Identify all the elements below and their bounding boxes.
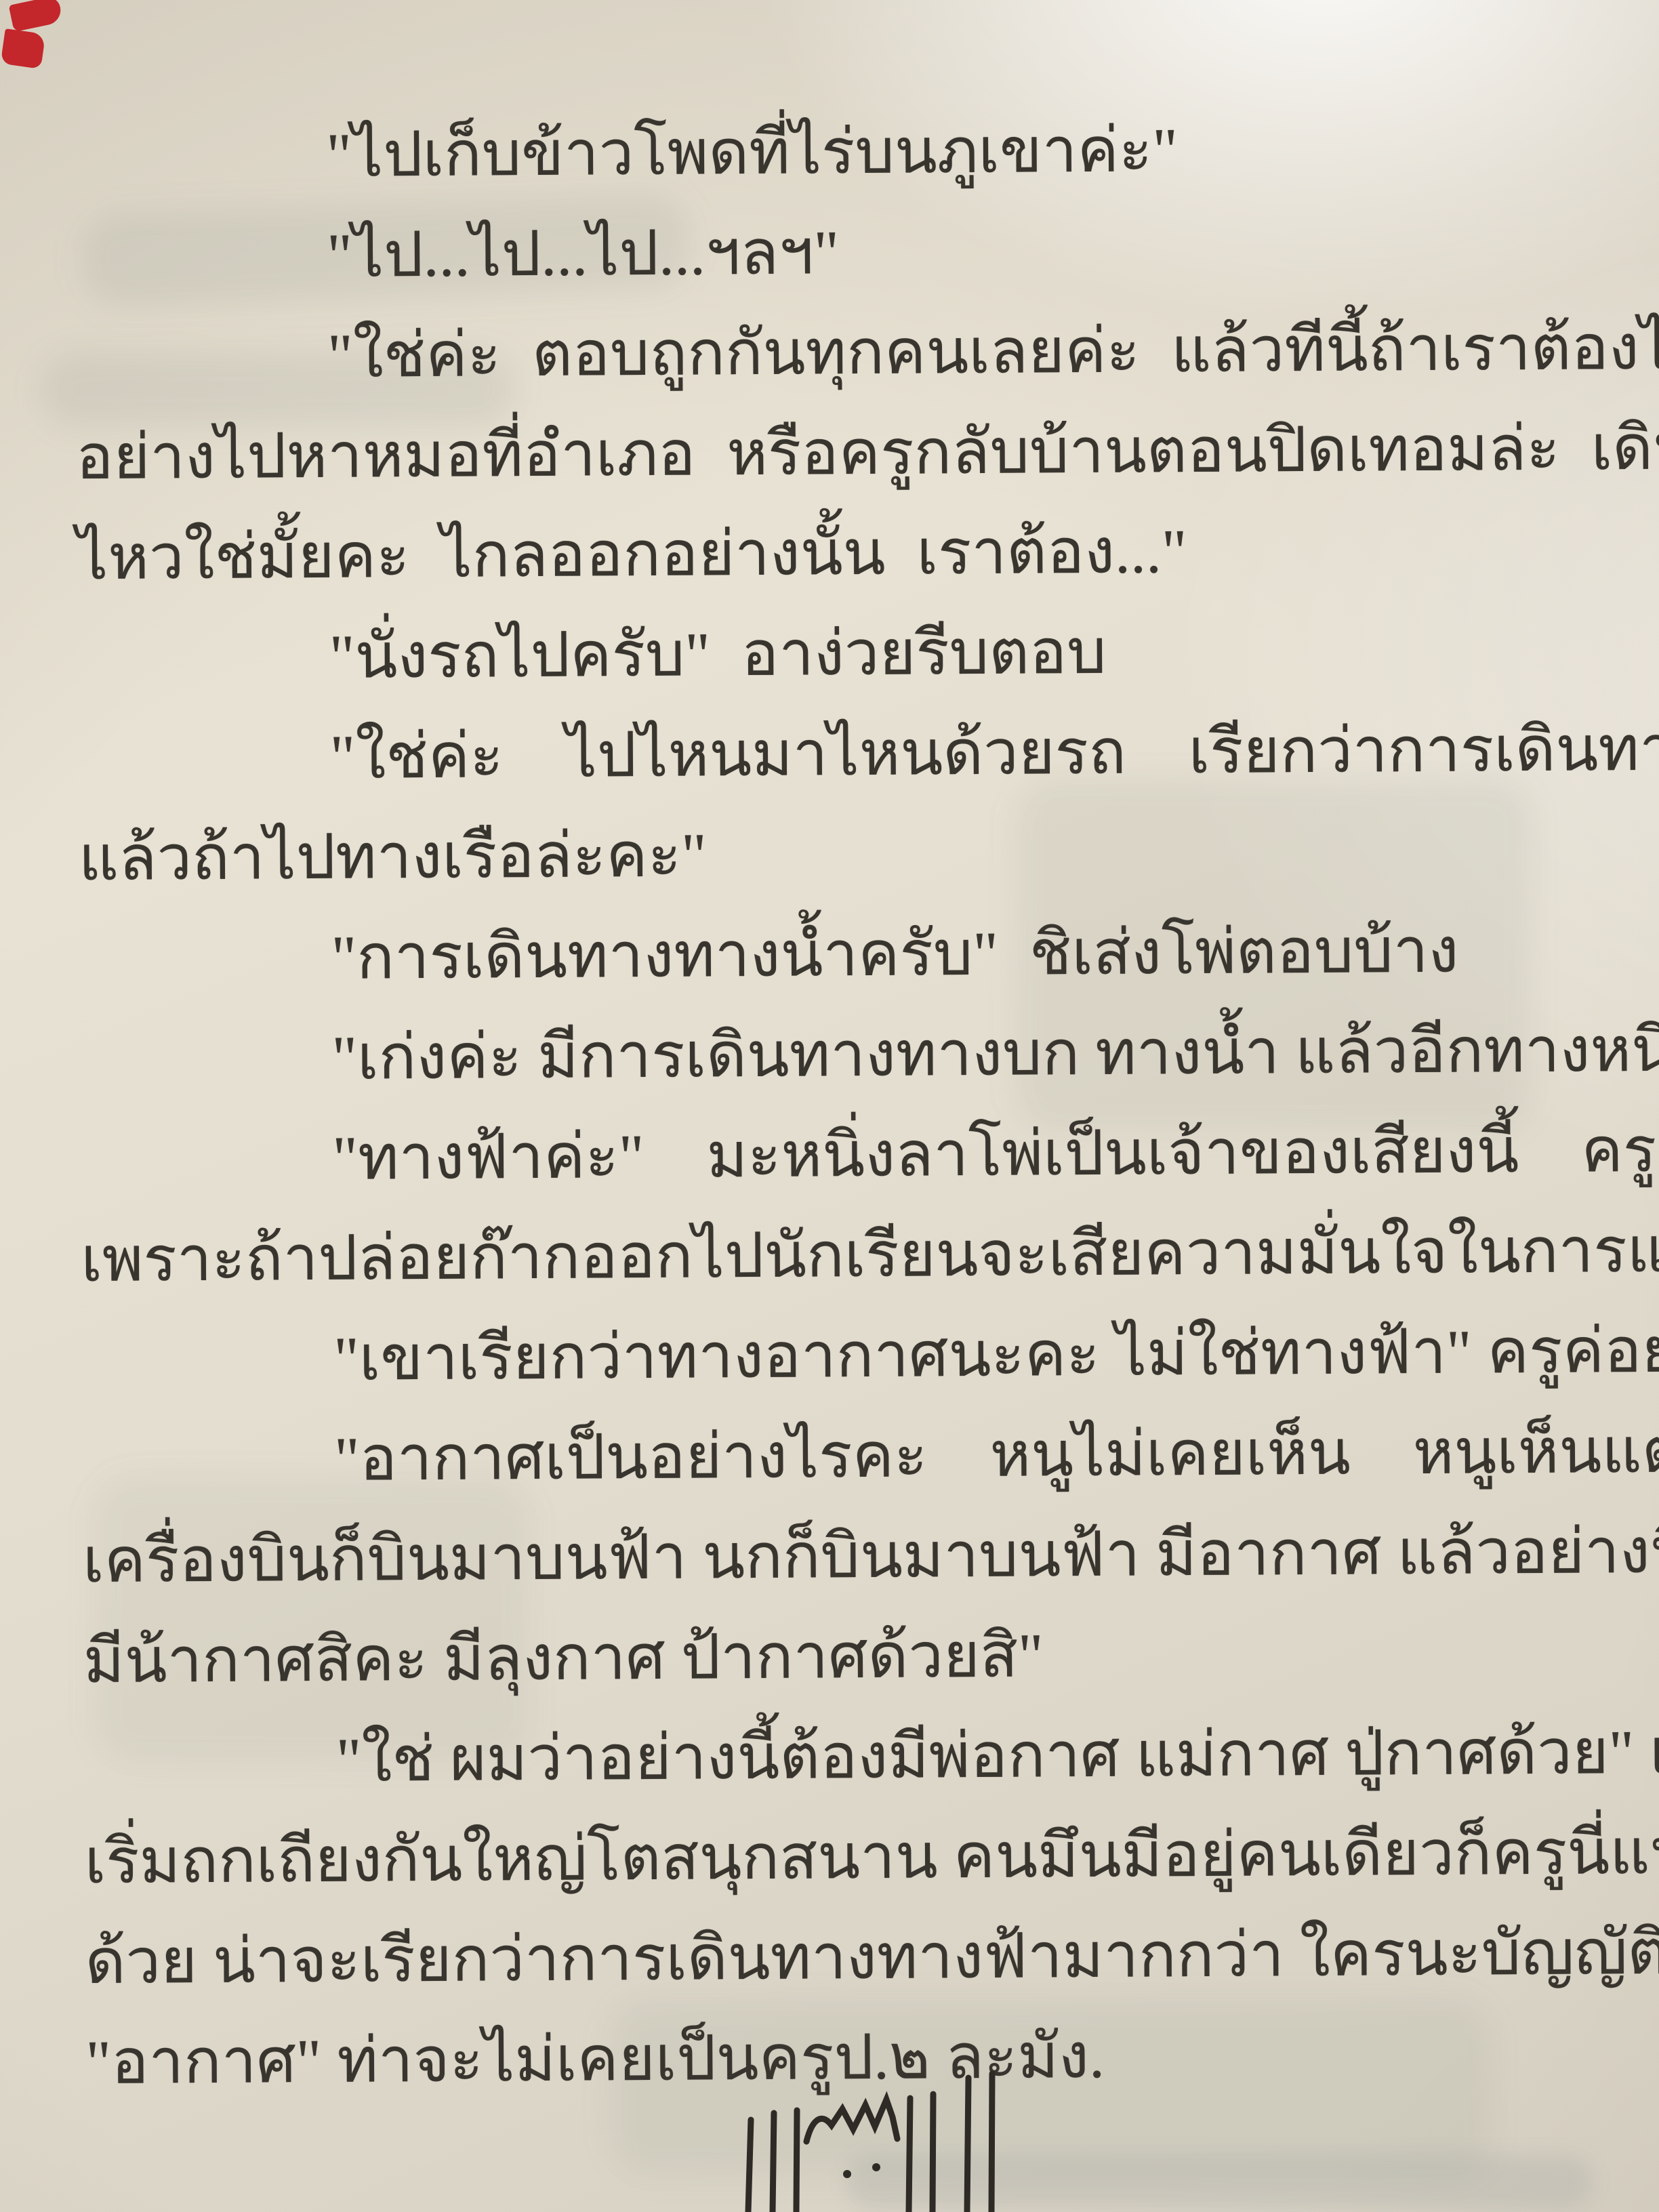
red-corner-mark bbox=[1, 28, 46, 69]
red-corner-mark bbox=[9, 0, 64, 32]
text-line: เครื่องบินก็บินมาบนฟ้า นกก็บินมาบนฟ้า มี… bbox=[83, 1501, 1659, 1611]
text-line: "เขาเรียกว่าทางอากาศนะคะ ไม่ใช่ทางฟ้า" ค… bbox=[81, 1300, 1659, 1410]
text-line: ไหวใช่มั้ยคะ ไกลออกอย่างนั้น เราต้อง..." bbox=[77, 498, 1656, 608]
text-line: "การเดินทางทางน้ำครับ" ชิเส่งโพ่ตอบบ้าง bbox=[79, 899, 1658, 1009]
text-line: "ใช่ค่ะ ไปไหนมาไหนด้วยรถ เรียกว่าการเดิน… bbox=[77, 699, 1657, 808]
page-text: "ไปเก็บข้าวโพดที่ไร่บนภูเขาค่ะ" "ไป...ไป… bbox=[74, 97, 1659, 2112]
text-line: "ทางฟ้าค่ะ" มะหนิ่งลาโพ่เป็นเจ้าของเสียง… bbox=[80, 1100, 1659, 1210]
pen-scribble-doodle bbox=[732, 2071, 1023, 2212]
text-line: เริ่มถกเถียงกันใหญ่โตสนุกสนาน คนมึนมีอยู… bbox=[84, 1802, 1659, 1912]
text-line: ด้วย น่าจะเรียกว่าการเดินทางทางฟ้ามากกว่… bbox=[85, 1902, 1659, 2012]
text-line: อย่างไปหาหมอที่อำเภอ หรือครูกลับบ้านตอนป… bbox=[76, 398, 1656, 508]
text-line: มีน้ากาศสิคะ มีลุงกาศ ป้ากาศด้วยสิ" bbox=[83, 1601, 1659, 1711]
text-line: เพราะถ้าปล่อยก๊ากออกไปนักเรียนจะเสียความ… bbox=[81, 1200, 1659, 1310]
photographed-page-background: "ไปเก็บข้าวโพดที่ไร่บนภูเขาค่ะ" "ไป...ไป… bbox=[0, 0, 1659, 2212]
text-line: "ไปเก็บข้าวโพดที่ไร่บนภูเขาค่ะ" bbox=[74, 97, 1654, 207]
text-line: "เก่งค่ะ มีการเดินทางทางบก ทางน้ำ แล้วอี… bbox=[79, 1000, 1659, 1109]
text-line: "ใช่ค่ะ ตอบถูกกันทุกคนเลยค่ะ แล้วทีนี้ถ้… bbox=[75, 298, 1655, 407]
text-line: "อากาศเป็นอย่างไรคะ หนูไม่เคยเห็น หนูเห็… bbox=[82, 1401, 1659, 1511]
text-line: "นั่งรถไปครับ" อาง่วยรีบตอบ bbox=[77, 598, 1657, 708]
text-line: "ใช่ ผมว่าอย่างนี้ต้องมีพ่อกาศ แม่กาศ ปู… bbox=[83, 1702, 1659, 1811]
text-line: แล้วถ้าไปทางเรือล่ะคะ" bbox=[78, 799, 1658, 909]
text-line: "ไป...ไป...ไป...ฯลฯ" bbox=[75, 197, 1654, 307]
